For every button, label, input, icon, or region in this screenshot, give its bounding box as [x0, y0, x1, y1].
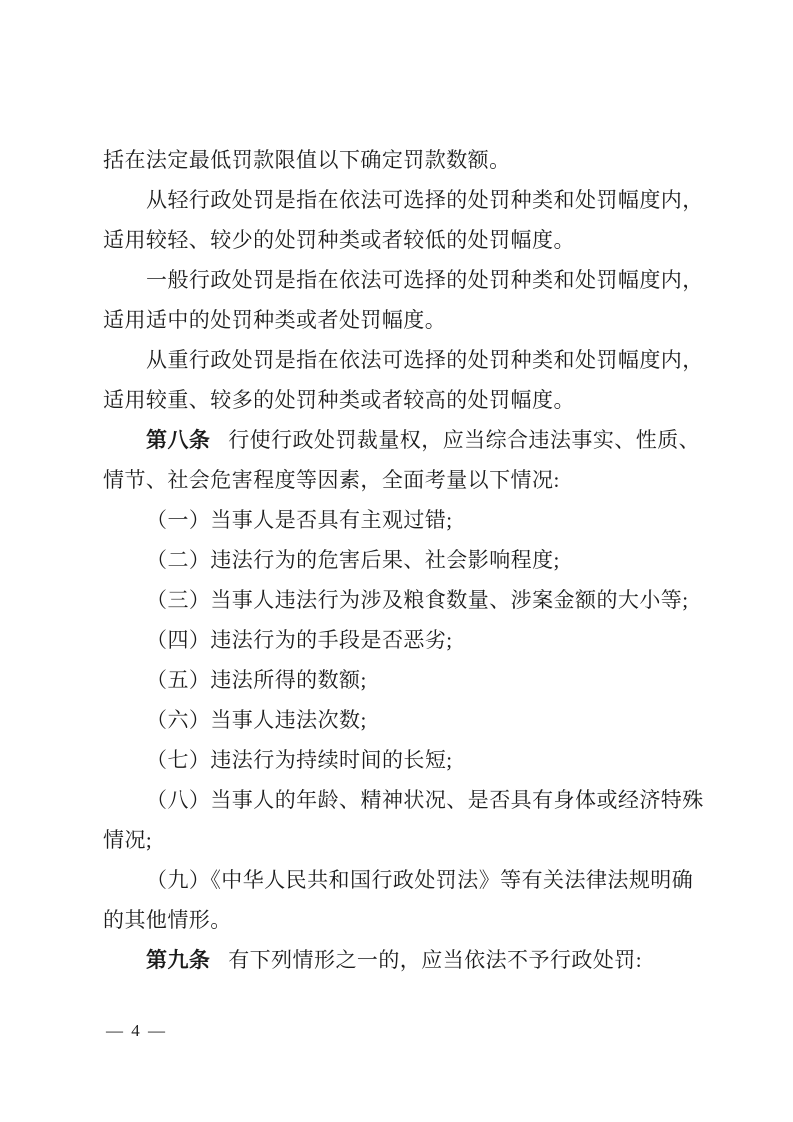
text-line: （七）违法行为持续时间的长短; — [103, 740, 704, 780]
text-line: （二）违法行为的危害后果、社会影响程度; — [103, 540, 704, 580]
text-line: （九）《中华人民共和国行政处罚法》等有关法律法规明确 — [103, 860, 704, 900]
document-body: 括在法定最低罚款限值以下确定罚款数额。从轻行政处罚是指在依法可选择的处罚种类和处… — [103, 140, 704, 980]
page-number: — 4 — — [106, 1013, 167, 1049]
text-line: （八）当事人的年龄、精神状况、是否具有身体或经济特殊 — [103, 780, 704, 820]
text-line: 一般行政处罚是指在依法可选择的处罚种类和处罚幅度内， — [103, 260, 704, 300]
text-line: 情节、社会危害程度等因素，全面考量以下情况: — [103, 460, 704, 500]
text-line: 适用较重、较多的处罚种类或者较高的处罚幅度。 — [103, 380, 704, 420]
text-line: 括在法定最低罚款限值以下确定罚款数额。 — [103, 140, 704, 180]
article-number: 第九条 — [146, 948, 210, 972]
article-line: 第九条有下列情形之一的，应当依法不予行政处罚: — [103, 940, 704, 980]
text-line: 适用较轻、较少的处罚种类或者较低的处罚幅度。 — [103, 220, 704, 260]
text-line: 从重行政处罚是指在依法可选择的处罚种类和处罚幅度内， — [103, 340, 704, 380]
article-number: 第八条 — [146, 428, 210, 452]
text-line: 从轻行政处罚是指在依法可选择的处罚种类和处罚幅度内， — [103, 180, 704, 220]
document-page: 括在法定最低罚款限值以下确定罚款数额。从轻行政处罚是指在依法可选择的处罚种类和处… — [0, 0, 793, 1122]
text-line: （五）违法所得的数额; — [103, 660, 704, 700]
text-line: 情况; — [103, 820, 704, 860]
text-line: （一）当事人是否具有主观过错; — [103, 500, 704, 540]
text-line: （六）当事人违法次数; — [103, 700, 704, 740]
text-line: 适用适中的处罚种类或者处罚幅度。 — [103, 300, 704, 340]
text-line: （四）违法行为的手段是否恶劣; — [103, 620, 704, 660]
article-line: 第八条行使行政处罚裁量权，应当综合违法事实、性质、 — [103, 420, 704, 460]
text-line: 的其他情形。 — [103, 900, 704, 940]
text-line: （三）当事人违法行为涉及粮食数量、涉案金额的大小等; — [103, 580, 704, 620]
article-text: 有下列情形之一的，应当依法不予行政处罚: — [228, 948, 642, 972]
article-text: 行使行政处罚裁量权，应当综合违法事实、性质、 — [228, 428, 700, 452]
